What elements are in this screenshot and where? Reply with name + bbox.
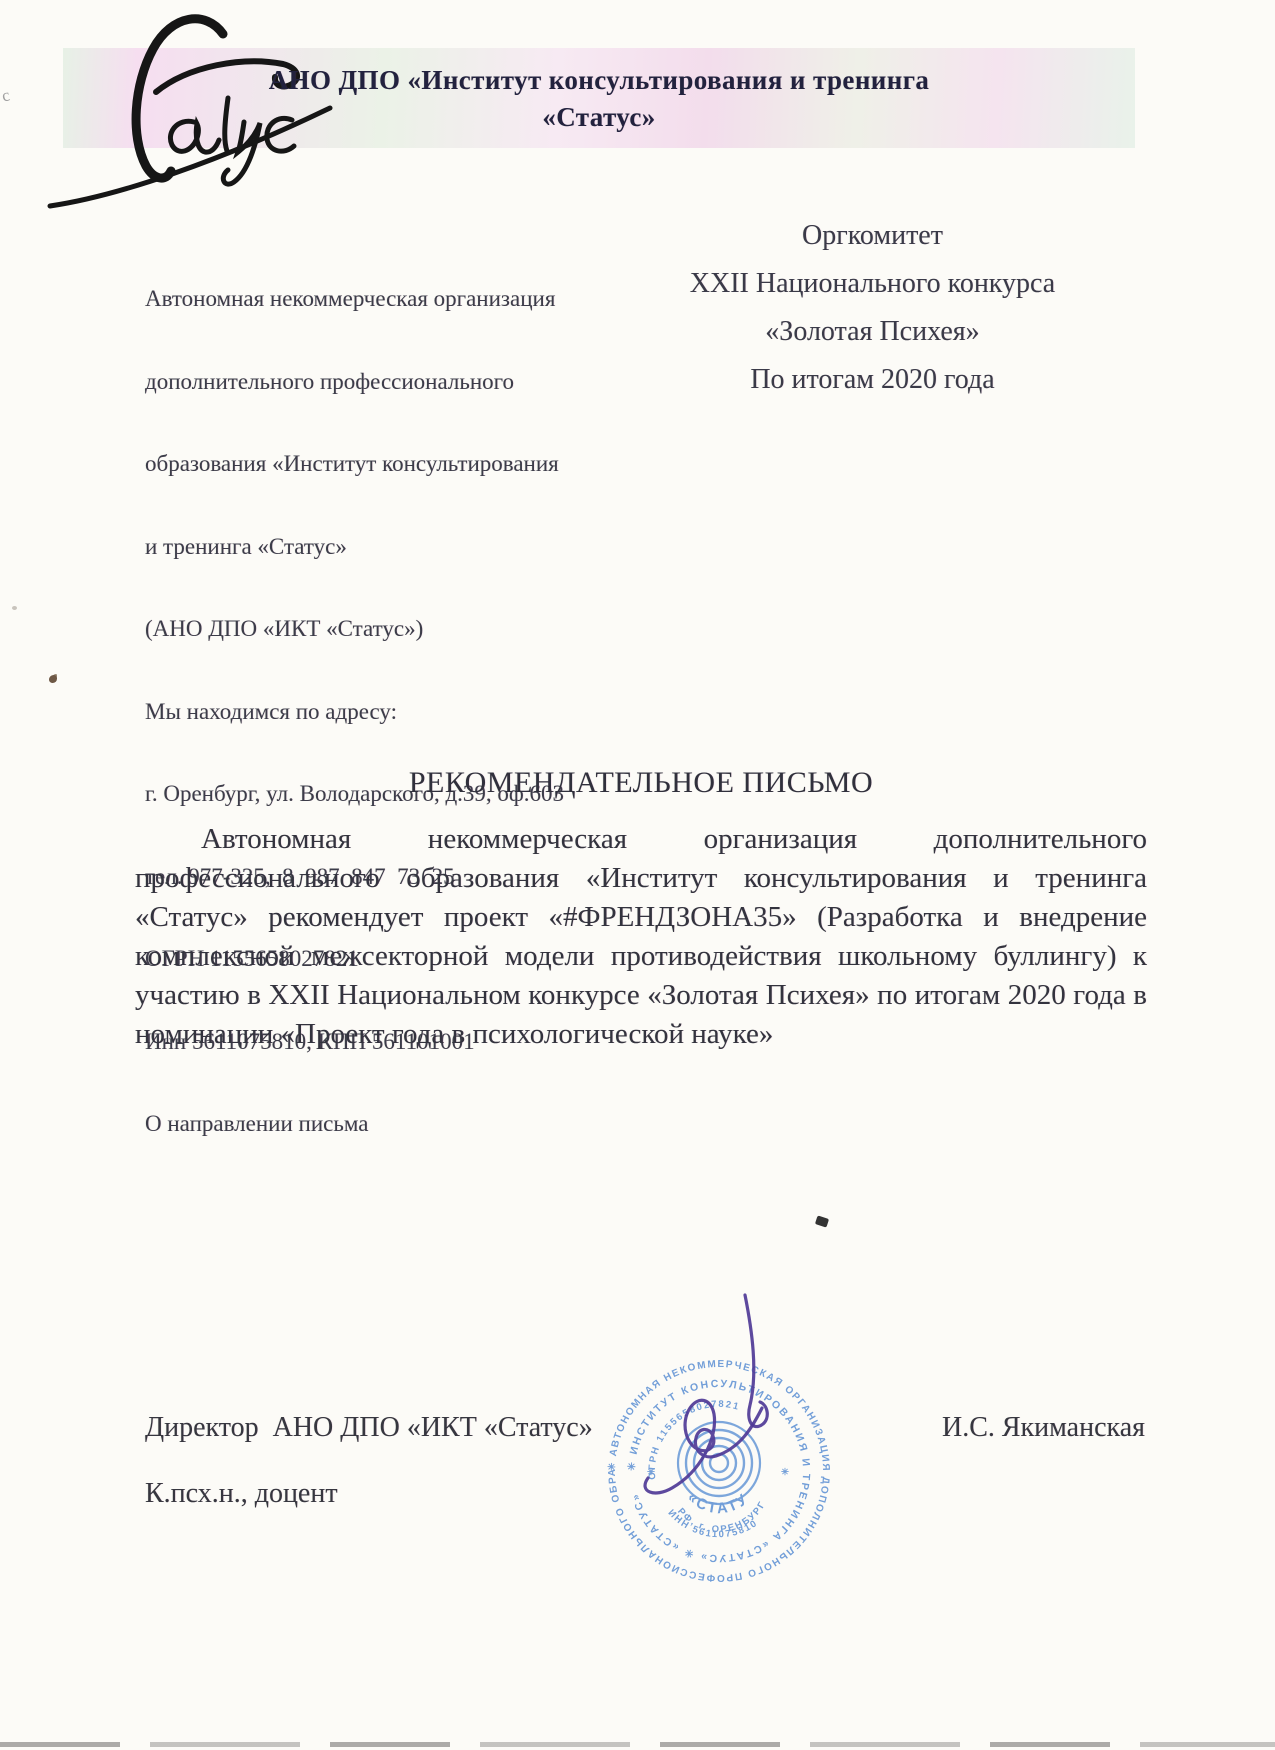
sender-line: Мы находимся по адресу: (145, 698, 625, 726)
recipient-line: XXII Национального конкурса (620, 260, 1125, 308)
org-title: АНО ДПО «Институт консультирования и тре… (63, 62, 1135, 136)
signature-tail-stroke (745, 1295, 767, 1427)
org-title-line2: «Статус» (63, 99, 1135, 136)
body-line: профессионального образования «Институт … (135, 859, 1147, 898)
recipient-line: «Золотая Психея» (620, 308, 1125, 356)
scan-bottom-edge (0, 1742, 1275, 1747)
body-line: комплексной межсекторной модели противод… (135, 937, 1147, 976)
sender-line: и тренинга «Статус» (145, 533, 625, 561)
body-line: Автономная некоммерческая организация до… (135, 820, 1147, 859)
recipient-line: Оргкомитет (620, 212, 1125, 260)
signature-main-stroke (645, 1400, 762, 1493)
scan-artifact-speck (49, 675, 57, 683)
scanned-letter-page: АНО ДПО «Институт консультирования и тре… (0, 0, 1275, 1750)
director-degree: К.псх.н., доцент (145, 1478, 338, 1510)
sender-line: образования «Институт консультирования (145, 450, 625, 478)
director-name: И.С. Якиманская (942, 1412, 1145, 1444)
handwritten-signature (560, 1270, 820, 1510)
org-title-line1: АНО ДПО «Институт консультирования и тре… (63, 62, 1135, 99)
body-line: участию в XXII Национальном конкурсе «Зо… (135, 976, 1147, 1015)
scan-artifact-c: c (0, 85, 12, 106)
body-line: «Статус» рекомендует проект «#ФРЕНДЗОНА3… (135, 898, 1147, 937)
scan-artifact-mark (815, 1215, 829, 1227)
director-role: Директор АНО ДПО «ИКТ «Статус» (145, 1412, 593, 1444)
recipient-line: По итогам 2020 года (620, 356, 1125, 404)
recipient-block: Оргкомитет XXII Национального конкурса «… (620, 212, 1125, 404)
sender-line: дополнительного профессионального (145, 368, 625, 396)
sender-line: Автономная некоммерческая организация (145, 285, 625, 313)
sender-line: (АНО ДПО «ИКТ «Статус») (145, 615, 625, 643)
letter-body: Автономная некоммерческая организация до… (135, 820, 1147, 1054)
letter-title: РЕКОМЕНДАТЕЛЬНОЕ ПИСЬМО (135, 766, 1147, 800)
body-line: номинации «Проект года в психологической… (135, 1015, 1147, 1054)
scan-artifact-faint-speck (12, 606, 17, 610)
sender-line: О направлении письма (145, 1110, 625, 1138)
